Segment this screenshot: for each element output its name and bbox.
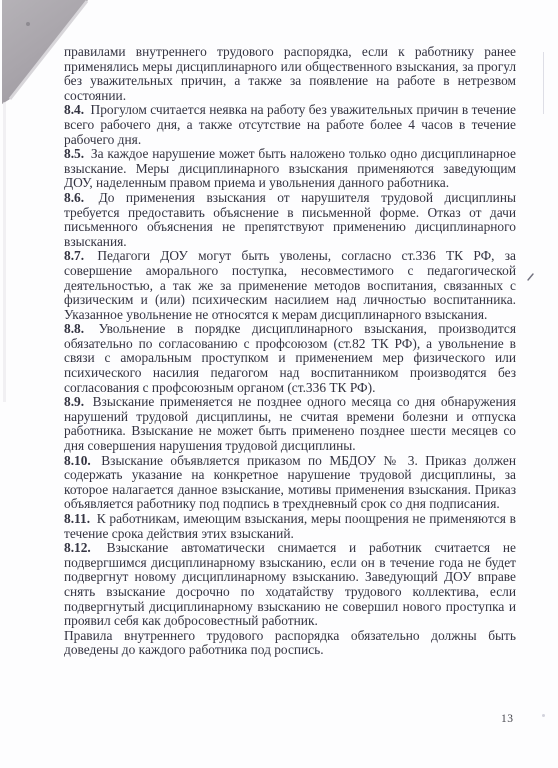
clause-text: Взыскание применяется не позднее одного …: [64, 394, 516, 453]
clause-text: Взыскание объявляется приказом по МБДОУ …: [64, 453, 516, 512]
document-body: правилами внутреннего трудового распоряд…: [64, 45, 516, 658]
clause-text: Прогулом считается неявка на работу без …: [64, 102, 516, 146]
clause-text: За каждое нарушение может быть наложено …: [64, 146, 516, 190]
clause-text: К работникам, имеющим взыскания, меры по…: [64, 511, 516, 541]
pen-tick-mark: [527, 273, 534, 281]
clause-text: До применения взыскания от нарушителя тр…: [64, 190, 516, 249]
clause-number: 8.7.: [64, 248, 87, 263]
clause-number: 8.8.: [64, 321, 87, 336]
paragraph: 8.12. Взыскание автоматически снимается …: [64, 541, 516, 629]
scan-edge-streak: [3, 102, 6, 402]
paragraph: 8.10. Взыскание объявляется приказом по …: [64, 454, 516, 512]
clause-text: правилами внутреннего трудового распоряд…: [64, 44, 516, 103]
paragraph: 8.6. До применения взыскания от нарушите…: [64, 191, 516, 249]
clause-number: 8.12.: [64, 540, 94, 555]
paragraph: Правила внутреннего трудового распорядка…: [64, 629, 516, 658]
clause-number: 8.5.: [64, 146, 87, 161]
clause-number: 8.4.: [64, 102, 87, 117]
clause-number: 8.9.: [64, 394, 87, 409]
scanned-document-page: правилами внутреннего трудового распоряд…: [0, 0, 558, 768]
paragraph: 8.7. Педагоги ДОУ могут быть уволены, со…: [64, 249, 516, 322]
dust-speck: [26, 22, 30, 26]
paragraph: 8.5. За каждое нарушение может быть нало…: [64, 147, 516, 191]
paragraph: 8.11. К работникам, имеющим взыскания, м…: [64, 512, 516, 541]
clause-text: Педагоги ДОУ могут быть уволены, согласн…: [64, 248, 516, 321]
dust-speck: [266, 648, 269, 651]
clause-text: Правила внутреннего трудового распорядка…: [64, 628, 516, 658]
dust-speck: [542, 714, 545, 717]
clause-number: 8.6.: [64, 190, 87, 205]
clause-number: 8.10.: [64, 453, 94, 468]
page-number: 13: [501, 713, 514, 725]
paragraph: 8.8. Увольнение в порядке дисциплинарног…: [64, 322, 516, 395]
paragraph: 8.4. Прогулом считается неявка на работу…: [64, 103, 516, 147]
paragraph: правилами внутреннего трудового распоряд…: [64, 45, 516, 103]
clause-number: 8.11.: [64, 511, 93, 526]
clause-text: Взыскание автоматически снимается и рабо…: [64, 540, 516, 628]
paragraph: 8.9. Взыскание применяется не позднее од…: [64, 395, 516, 453]
clause-text: Увольнение в порядке дисциплинарного взы…: [64, 321, 516, 394]
scan-edge-streak: [543, 52, 544, 114]
